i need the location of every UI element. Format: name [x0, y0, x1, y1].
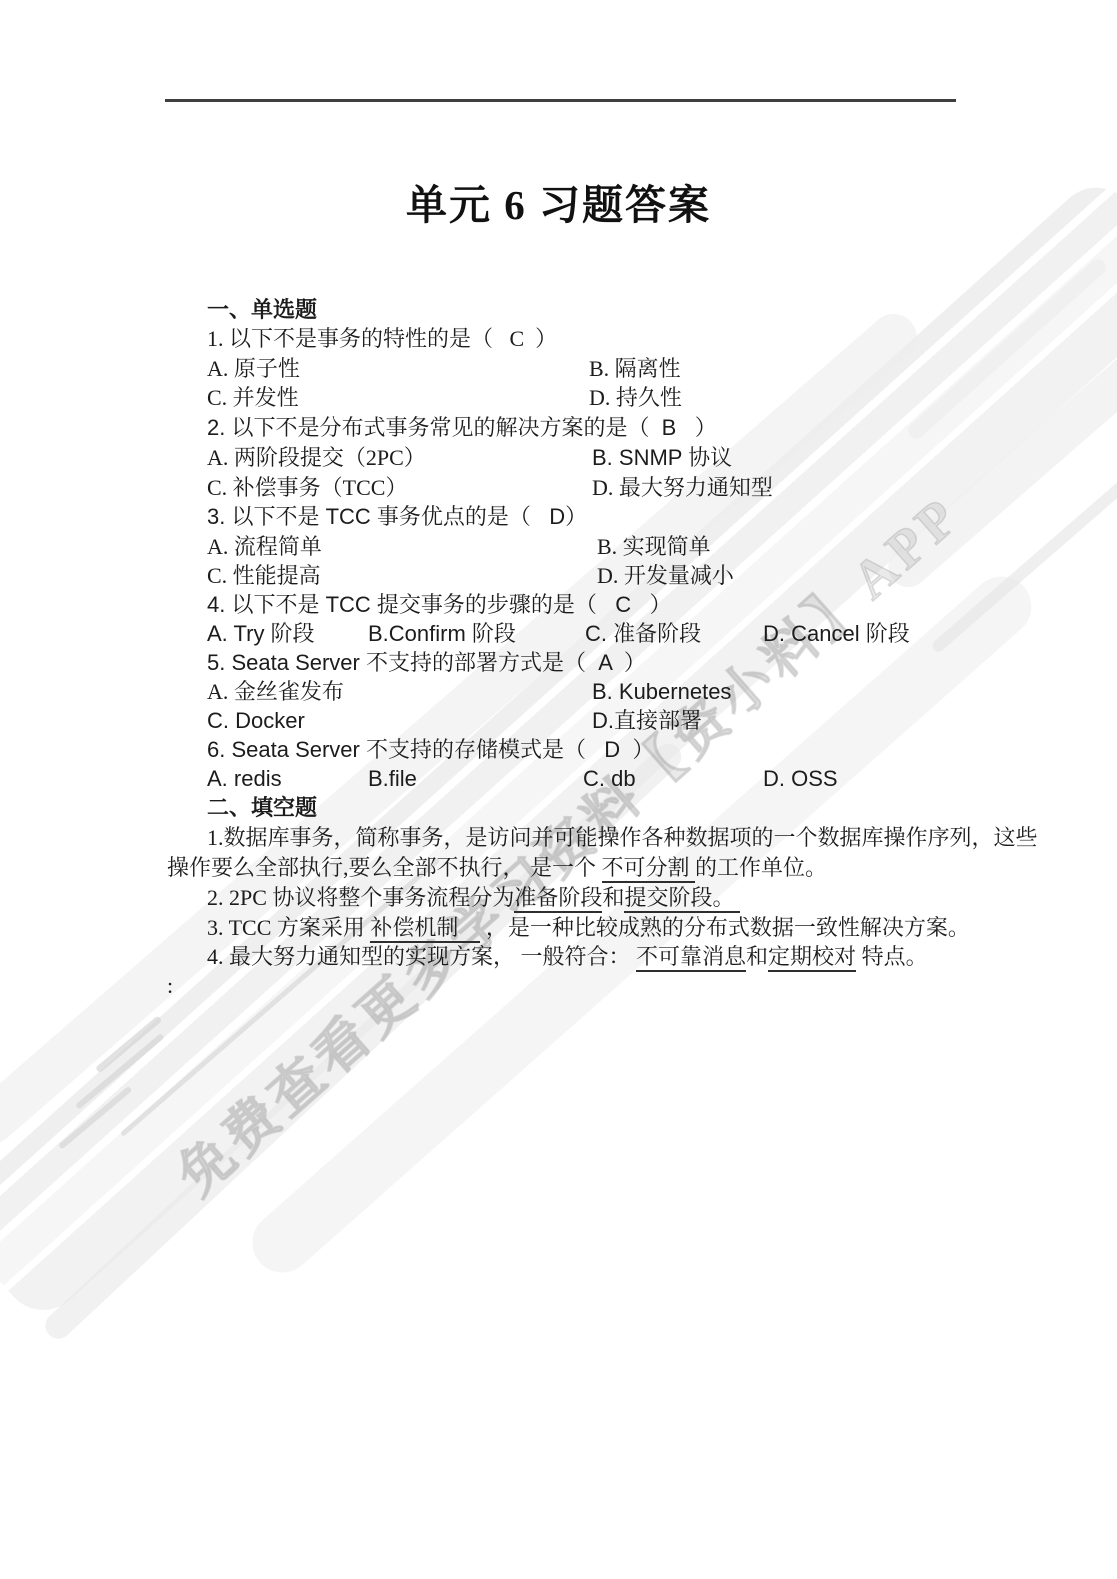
fill-blank-answer: 补偿机制 — [370, 915, 480, 943]
mcq-q5-option-c: C. Docker — [207, 706, 305, 735]
mcq-q3-text: 3. 以下不是 TCC 事务优点的是（ D） — [207, 502, 587, 531]
fill-blank-answer: 不可靠消息 — [636, 944, 746, 972]
mcq-q4-text: 4. 以下不是 TCC 提交事务的步骤的是（ C ） — [207, 590, 671, 619]
mcq-q6-text: 6. Seata Server 不支持的存储模式是（ D ） — [207, 735, 654, 764]
footer-colon: : — [167, 971, 173, 1000]
fill-text-segment: 和 — [602, 885, 624, 910]
mcq-q1-option-c: C. 并发性 — [207, 383, 299, 412]
brush-dash-2 — [75, 1033, 165, 1110]
mcq-q1-text: 1. 以下不是事务的特性的是（ C ） — [207, 324, 557, 353]
mcq-q5-text: 5. Seata Server 不支持的部署方式是（ A ） — [207, 648, 646, 677]
mcq-q2-text: 2. 以下不是分布式事务常见的解决方案的是（ B ） — [207, 413, 717, 442]
section-2-heading: 二、填空题 — [207, 793, 317, 822]
section-1-heading: 一、单选题 — [207, 295, 317, 324]
brush-stroke-topright-2 — [930, 429, 1117, 655]
mcq-q2-option-a: A. 两阶段提交（2PC） — [207, 443, 426, 472]
mcq-q4-option-b: B.Confirm 阶段 — [368, 619, 516, 648]
mcq-q5-option-a: A. 金丝雀发布 — [207, 677, 344, 706]
fill-text-segment: 3. TCC 方案采用 — [207, 915, 370, 940]
mcq-q3-option-c: C. 性能提高 — [207, 561, 321, 590]
mcq-q2-option-d: D. 最大努力通知型 — [592, 473, 773, 502]
brush-dash-3 — [58, 1086, 132, 1150]
fill-q3: 3. TCC 方案采用 补偿机制 ，是一种比较成熟的分布式数据一致性解决方案。 — [207, 913, 970, 942]
fill-text-segment: 特点。 — [856, 944, 928, 969]
mcq-q6-option-d: D. OSS — [763, 764, 838, 793]
mcq-q2-option-c: C. 补偿事务（TCC） — [207, 473, 407, 502]
brush-stroke-topright-1 — [880, 289, 1117, 595]
fill-q1-line2: 操作要么全部执行,要么全部不执行， 是一个 不可分割 的工作单位。 — [167, 853, 827, 882]
fill-blank-answer: 定期校对 — [768, 944, 856, 972]
brush-stroke-topright-3 — [905, 256, 1109, 442]
mcq-q4-option-d: D. Cancel 阶段 — [763, 619, 910, 648]
mcq-q4-option-a: A. Try 阶段 — [207, 619, 315, 648]
page-title: 单元 6 习题答案 — [0, 172, 1117, 231]
mcq-q6-option-b: B.file — [368, 764, 417, 793]
mcq-q3-option-a: A. 流程简单 — [207, 532, 322, 561]
document-page: 免费查看更多学习资料【资小料】APP 单元 6 习题答案 一、单选题 1. 以下… — [0, 0, 1117, 1579]
top-rule — [165, 99, 956, 102]
fill-text-segment: 4. 最大努力通知型的实现方案， 一般符合： — [207, 944, 636, 969]
fill-text-segment: ，是一种比较成熟的分布式数据一致性解决方案。 — [480, 915, 970, 940]
fill-q2: 2. 2PC 协议将整个事务流程分为准备阶段和提交阶段。 — [207, 883, 740, 912]
fill-blank-answer: 不可分割 — [602, 855, 696, 883]
fill-q1-line1: 1.数据库事务，简称事务，是访问并可能操作各种数据项的一个数据库操作序列，这些 — [207, 823, 1038, 852]
fill-text-segment: 的工作单位。 — [695, 855, 827, 880]
mcq-q6-option-a: A. redis — [207, 764, 282, 793]
mcq-q3-option-d: D. 开发量减小 — [597, 561, 734, 590]
brush-dash-1 — [95, 1015, 162, 1073]
fill-text-segment: 操作要么全部执行,要么全部不执行， 是一个 — [167, 855, 602, 880]
mcq-q1-option-a: A. 原子性 — [207, 354, 300, 383]
mcq-q6-option-c: C. db — [583, 764, 636, 793]
mcq-q1-option-d: D. 持久性 — [589, 383, 682, 412]
mcq-q4-option-c: C. 准备阶段 — [585, 619, 701, 648]
mcq-q3-option-b: B. 实现简单 — [597, 532, 711, 561]
fill-text-segment: 2. 2PC 协议将整个事务流程分为 — [207, 885, 514, 910]
mcq-q5-option-d: D.直接部署 — [592, 706, 702, 735]
fill-text-segment: 和 — [746, 944, 768, 969]
fill-blank-answer: 准备阶段 — [514, 885, 602, 913]
fill-blank-answer: 提交阶段。 — [624, 885, 740, 913]
fill-q4: 4. 最大努力通知型的实现方案， 一般符合： 不可靠消息和定期校对 特点。 — [207, 942, 928, 971]
mcq-q2-option-b: B. SNMP 协议 — [592, 443, 732, 472]
mcq-q1-option-b: B. 隔离性 — [589, 354, 681, 383]
mcq-q5-option-b: B. Kubernetes — [592, 677, 731, 706]
